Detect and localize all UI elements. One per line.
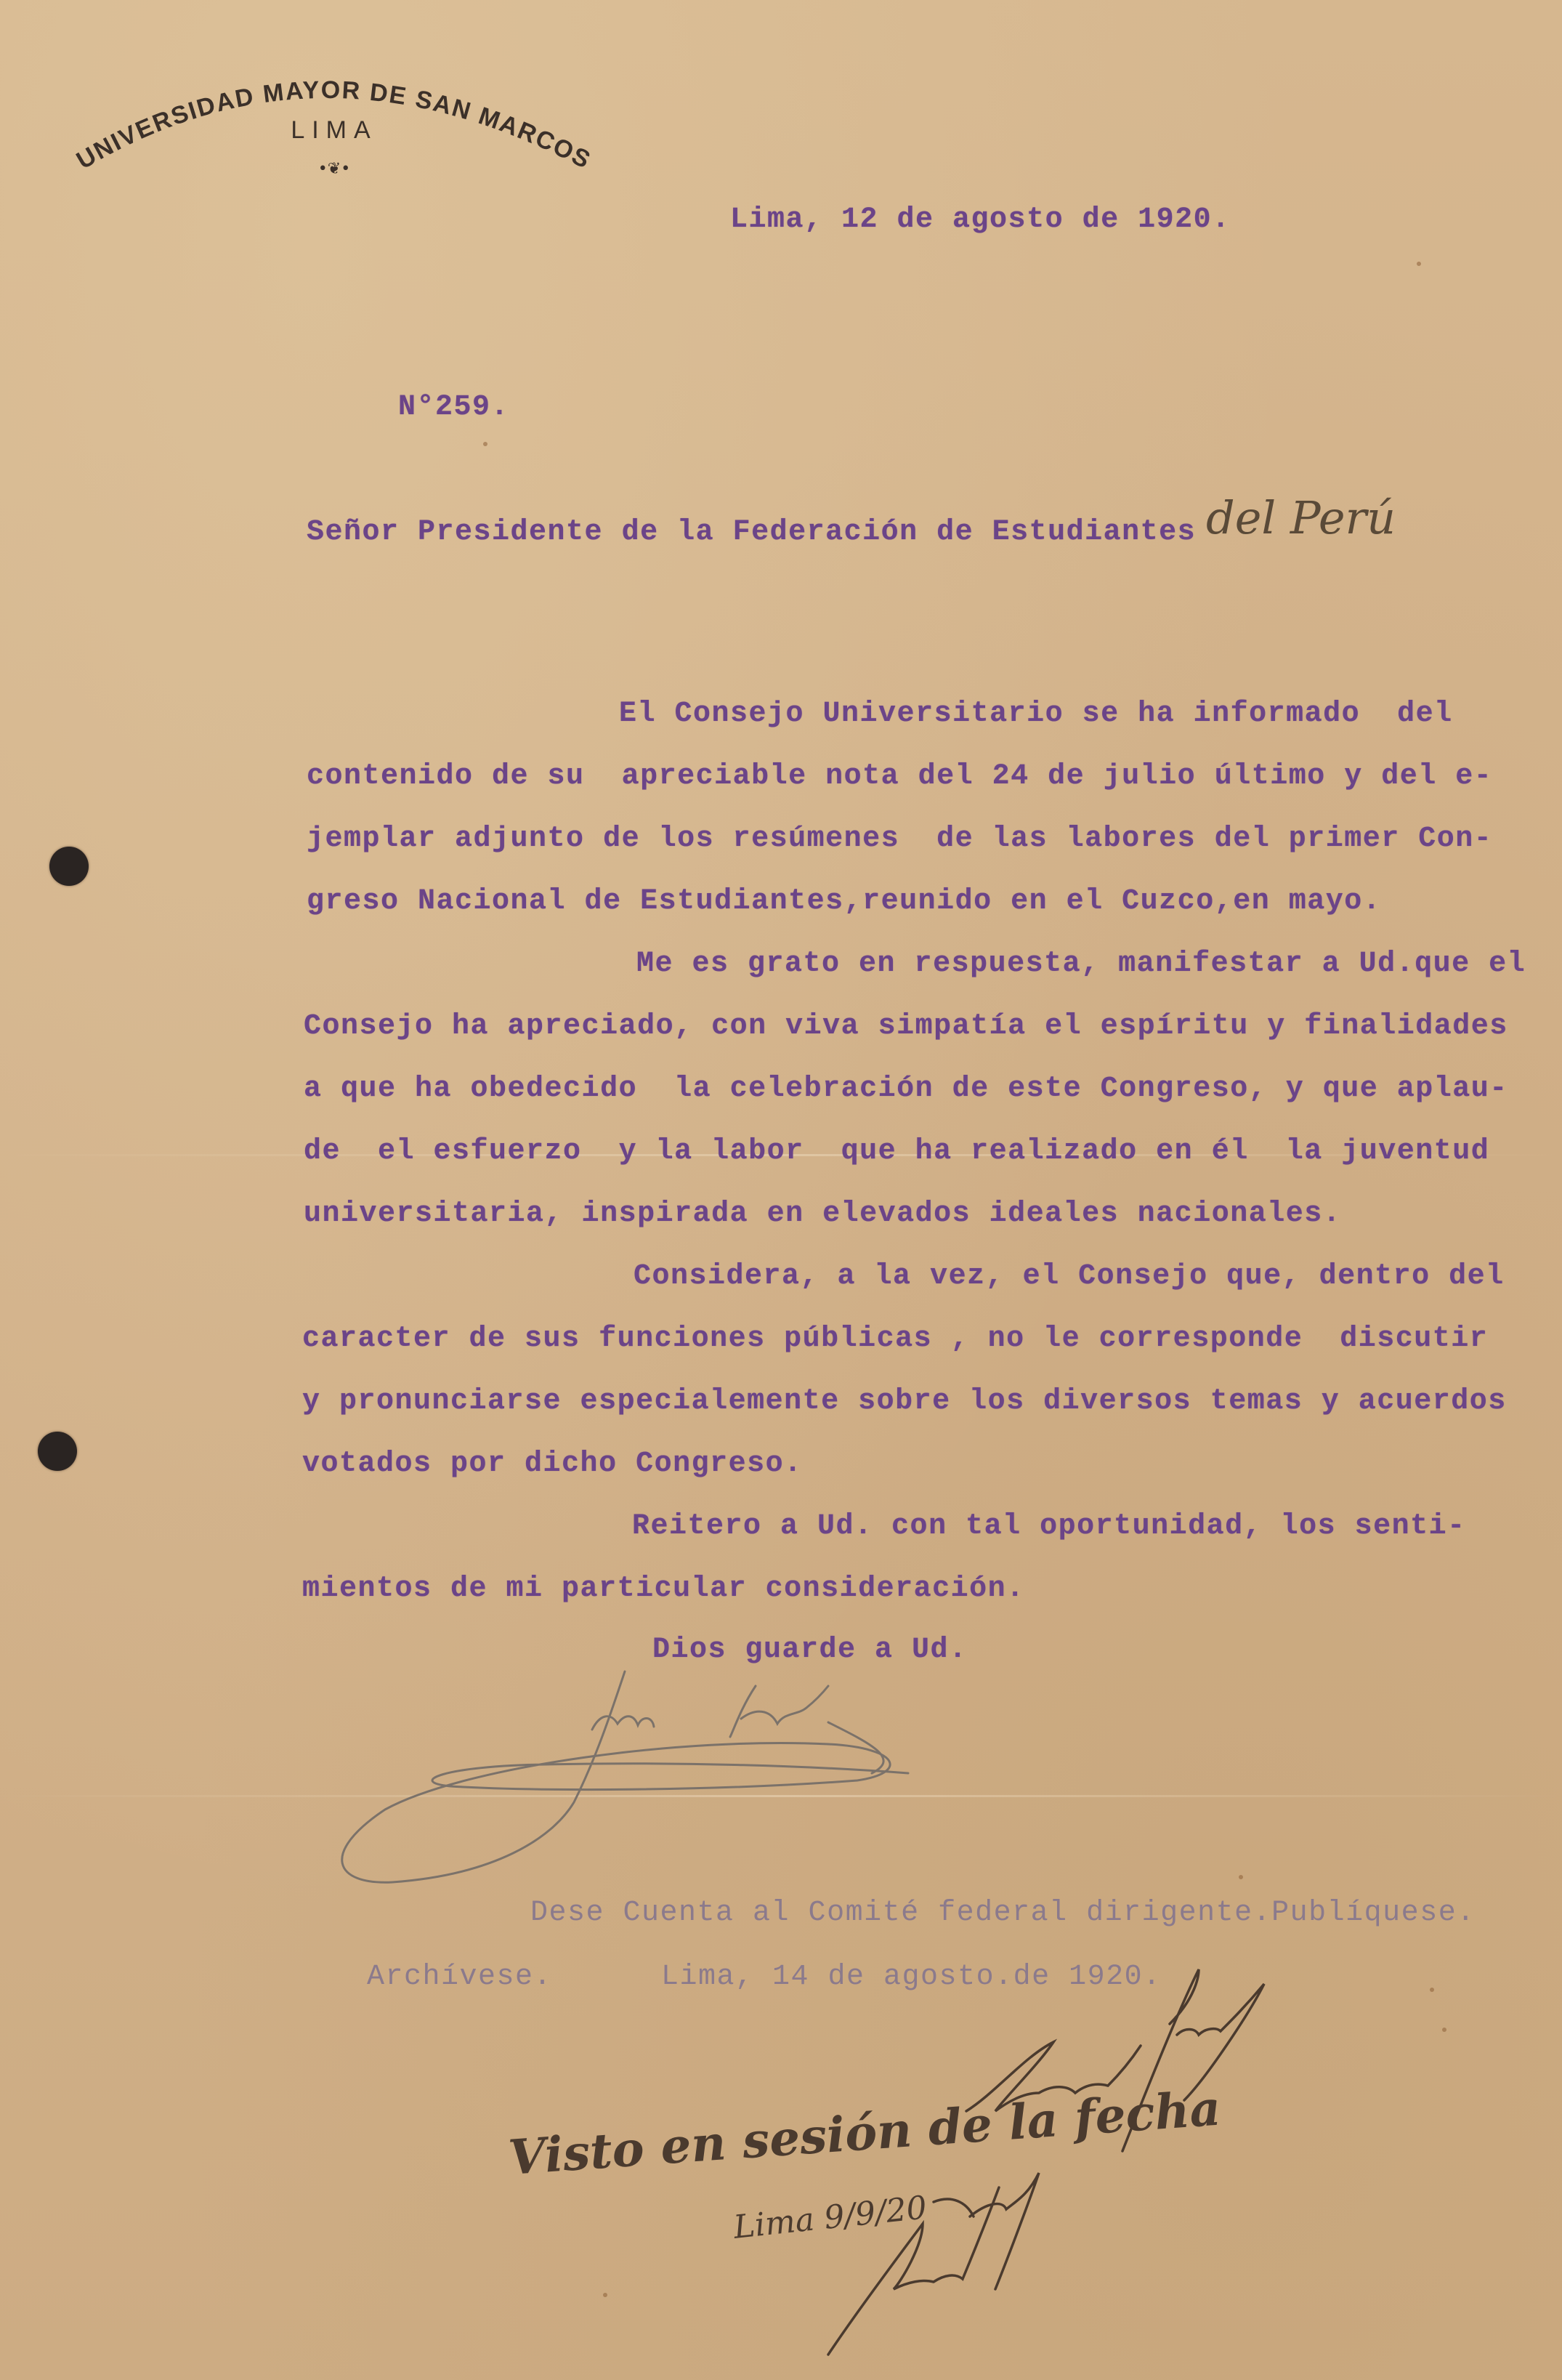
letterhead-ornament-icon: •❦• bbox=[73, 160, 596, 178]
body-line: Reitero a Ud. con tal oportunidad, los s… bbox=[632, 1510, 1466, 1543]
paper-stain bbox=[1430, 1988, 1434, 1992]
body-line: y pronunciarse especialemente sobre los … bbox=[302, 1385, 1507, 1418]
closing-line: Dios guarde a Ud. bbox=[652, 1634, 968, 1666]
body-line: greso Nacional de Estudiantes,reunido en… bbox=[307, 885, 1381, 918]
place-date: Lima, 12 de agosto de 1920. bbox=[730, 203, 1231, 236]
pencil-signature-text: Javier Prado bbox=[610, 1729, 615, 1730]
body-line: universitaria, inspirada en elevados ide… bbox=[304, 1198, 1341, 1230]
body-line: caracter de sus funciones públicas , no … bbox=[302, 1323, 1488, 1355]
body-line: mientos de mi particular consideración. bbox=[302, 1573, 1025, 1605]
body-line: votados por dicho Congreso. bbox=[302, 1448, 803, 1480]
body-line: Me es grato en respuesta, manifestar a U… bbox=[636, 948, 1526, 980]
pencil-signature-icon: Javier Prado bbox=[305, 1664, 1104, 1897]
body-line: contenido de su apreciable nota del 24 d… bbox=[307, 760, 1492, 793]
punch-hole-top bbox=[49, 847, 89, 886]
addressee-handwritten-addition: del Perú bbox=[1206, 491, 1396, 544]
body-line: jemplar adjunto de los resúmenes de las … bbox=[307, 823, 1492, 855]
note-signature-text: Fernando Rosas bbox=[814, 2107, 820, 2108]
punch-hole-bottom bbox=[38, 1432, 77, 1471]
paper-stain bbox=[483, 442, 487, 446]
paper-stain bbox=[1442, 2028, 1446, 2032]
letterhead-city: LIMA bbox=[73, 116, 596, 145]
letterhead: UNIVERSIDAD MAYOR DE SAN MARCOS LIMA •❦• bbox=[73, 51, 596, 196]
endorsement-line-1: Dese Cuenta al Comité federal dirigente.… bbox=[530, 1897, 1476, 1929]
body-line: a que ha obedecido la celebración de est… bbox=[304, 1073, 1508, 1105]
paper-stain bbox=[1417, 262, 1421, 266]
body-line: de el esfuerzo y la labor que ha realiza… bbox=[304, 1135, 1489, 1168]
endorsement-archive: Archívese. bbox=[367, 1961, 552, 1993]
paper-stain bbox=[603, 2293, 607, 2297]
reference-number: N°259. bbox=[398, 391, 509, 424]
body-line: El Consejo Universitario se ha informado… bbox=[619, 698, 1453, 730]
paper-stain bbox=[1239, 1875, 1243, 1879]
body-line: Consejo ha apreciado, con viva simpatía … bbox=[304, 1010, 1508, 1043]
note-signature-icon: Fernando Rosas bbox=[814, 2107, 1119, 2369]
body-line: Considera, a la vez, el Consejo que, den… bbox=[634, 1260, 1505, 1293]
addressee-line: Señor Presidente de la Federación de Est… bbox=[307, 516, 1196, 549]
